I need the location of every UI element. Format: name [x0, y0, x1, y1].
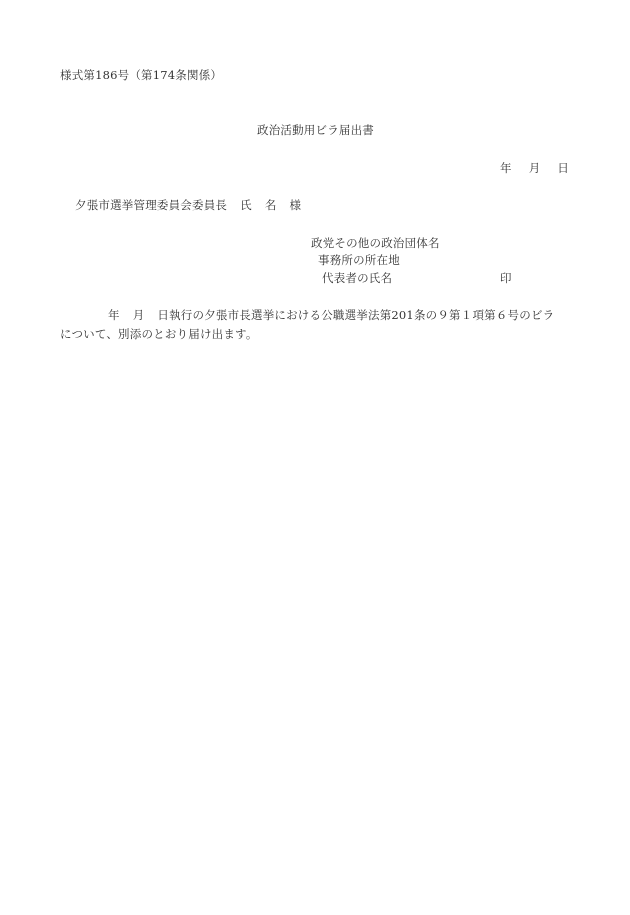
- addressee-name-label-1: 氏: [240, 198, 252, 212]
- addressee-office: 夕張市選挙管理委員会委員長: [75, 198, 227, 212]
- representative-name-label: 代表者の氏名: [322, 270, 392, 286]
- org-name-label: 政党その他の政治団体名: [311, 235, 440, 251]
- form-number: 様式第186号（第174条関係）: [60, 67, 222, 83]
- body-paragraph-line-1: 年月日執行の夕張市長選挙における公職選挙法第201条の９第１項第６号のビラ: [60, 307, 554, 323]
- body-line1-text: 日執行の夕張市長選挙における公職選挙法第201条の９第１項第６号のビラ: [157, 308, 554, 322]
- date-line: 年月日: [500, 160, 569, 176]
- addressee: 夕張市選挙管理委員会委員長氏名様: [75, 197, 301, 213]
- day-label: 日: [557, 160, 569, 176]
- body-paragraph-line-2: について、別添のとおり届け出ます。: [60, 326, 258, 342]
- body-year-label: 年: [108, 308, 120, 322]
- year-label: 年: [500, 160, 512, 176]
- document-page: 様式第186号（第174条関係） 政治活動用ビラ届出書 年月日 夕張市選挙管理委…: [0, 0, 630, 915]
- month-label: 月: [529, 160, 541, 176]
- addressee-honorific: 様: [290, 198, 302, 212]
- document-title: 政治活動用ビラ届出書: [257, 122, 374, 138]
- office-address-label: 事務所の所在地: [318, 252, 400, 268]
- addressee-name-label-2: 名: [265, 198, 277, 212]
- body-month-label: 月: [133, 308, 145, 322]
- seal-mark: 印: [500, 270, 512, 286]
